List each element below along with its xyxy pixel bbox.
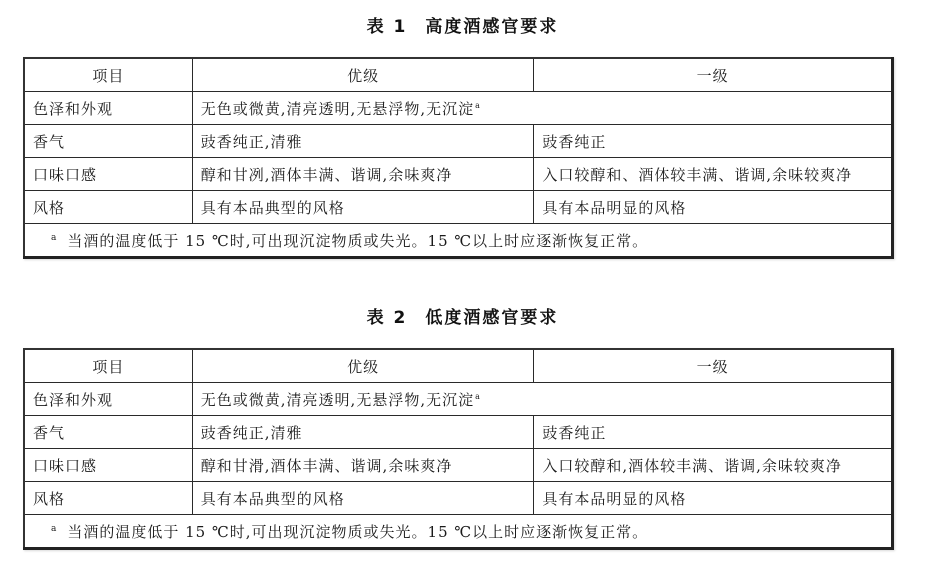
- cell-premium: 豉香纯正,清雅: [192, 125, 534, 158]
- cell-item: 风格: [24, 482, 192, 515]
- table-footnote-row: a当酒的温度低于 15 ℃时,可出现沉淀物质或失光。15 ℃以上时应逐渐恢复正常…: [24, 515, 893, 549]
- cell-premium: 豉香纯正,清雅: [192, 416, 534, 449]
- table-footnote-row: a当酒的温度低于 15 ℃时,可出现沉淀物质或失光。15 ℃以上时应逐渐恢复正常…: [24, 224, 893, 258]
- footnote-text: 当酒的温度低于 15 ℃时,可出现沉淀物质或失光。15 ℃以上时应逐渐恢复正常。: [67, 523, 648, 541]
- header-first-grade: 一级: [534, 58, 893, 92]
- cell-appearance-merged: 无色或微黄,清亮透明,无悬浮物,无沉淀a: [192, 92, 892, 125]
- footnote-text: 当酒的温度低于 15 ℃时,可出现沉淀物质或失光。15 ℃以上时应逐渐恢复正常。: [67, 232, 648, 250]
- cell-text: 无色或微黄,清亮透明,无悬浮物,无沉淀: [201, 391, 474, 409]
- table-row-style: 风格 具有本品典型的风格 具有本品明显的风格: [24, 482, 893, 515]
- table-2-title: 表 2低度酒感官要求: [0, 303, 925, 328]
- table-row-style: 风格 具有本品典型的风格 具有本品明显的风格: [24, 191, 893, 224]
- cell-premium: 具有本品典型的风格: [192, 482, 534, 515]
- cell-first: 豉香纯正: [534, 416, 893, 449]
- footnote-mark: a: [475, 392, 481, 401]
- table-2-title-text: 低度酒感官要求: [425, 308, 558, 328]
- cell-premium: 具有本品典型的风格: [192, 191, 534, 224]
- table-row-appearance: 色泽和外观 无色或微黄,清亮透明,无悬浮物,无沉淀a: [24, 92, 893, 125]
- table-1-title: 表 1高度酒感官要求: [0, 12, 925, 37]
- table-2-number: 表 2: [367, 308, 408, 328]
- table-header-row: 项目 优级 一级: [24, 349, 893, 383]
- table-2-low-alcohol-sensory: 项目 优级 一级 色泽和外观 无色或微黄,清亮透明,无悬浮物,无沉淀a 香气 豉…: [23, 348, 894, 550]
- footnote-cell: a当酒的温度低于 15 ℃时,可出现沉淀物质或失光。15 ℃以上时应逐渐恢复正常…: [24, 515, 893, 549]
- table-header-row: 项目 优级 一级: [24, 58, 893, 92]
- footnote-cell: a当酒的温度低于 15 ℃时,可出现沉淀物质或失光。15 ℃以上时应逐渐恢复正常…: [24, 224, 893, 258]
- header-premium-grade: 优级: [192, 349, 534, 383]
- cell-item: 香气: [24, 416, 192, 449]
- footnote-mark: a: [475, 101, 481, 110]
- cell-item: 色泽和外观: [24, 383, 192, 416]
- table-row-aroma: 香气 豉香纯正,清雅 豉香纯正: [24, 125, 893, 158]
- table-1-high-alcohol-sensory: 项目 优级 一级 色泽和外观 无色或微黄,清亮透明,无悬浮物,无沉淀a 香气 豉…: [23, 57, 894, 259]
- footnote-mark: a: [51, 233, 57, 243]
- cell-item: 风格: [24, 191, 192, 224]
- cell-premium: 醇和甘冽,酒体丰满、谐调,余味爽净: [192, 158, 534, 191]
- table-row-taste: 口味口感 醇和甘滑,酒体丰满、谐调,余味爽净 入口较醇和,酒体较丰满、谐调,余味…: [24, 449, 893, 482]
- table-1-number: 表 1: [367, 17, 408, 37]
- cell-first: 具有本品明显的风格: [534, 482, 893, 515]
- footnote-mark: a: [51, 524, 57, 534]
- cell-first: 具有本品明显的风格: [534, 191, 893, 224]
- cell-item: 口味口感: [24, 158, 192, 191]
- header-first-grade: 一级: [534, 349, 893, 383]
- cell-first: 入口较醇和,酒体较丰满、谐调,余味较爽净: [534, 449, 893, 482]
- cell-first: 豉香纯正: [534, 125, 893, 158]
- header-item: 项目: [24, 58, 192, 92]
- cell-first: 入口较醇和、酒体较丰满、谐调,余味较爽净: [534, 158, 893, 191]
- cell-item: 口味口感: [24, 449, 192, 482]
- cell-item: 香气: [24, 125, 192, 158]
- header-premium-grade: 优级: [192, 58, 534, 92]
- header-item: 项目: [24, 349, 192, 383]
- cell-item: 色泽和外观: [24, 92, 192, 125]
- table-row-taste: 口味口感 醇和甘冽,酒体丰满、谐调,余味爽净 入口较醇和、酒体较丰满、谐调,余味…: [24, 158, 893, 191]
- cell-appearance-merged: 无色或微黄,清亮透明,无悬浮物,无沉淀a: [192, 383, 892, 416]
- cell-text: 无色或微黄,清亮透明,无悬浮物,无沉淀: [201, 100, 474, 118]
- cell-premium: 醇和甘滑,酒体丰满、谐调,余味爽净: [192, 449, 534, 482]
- table-row-aroma: 香气 豉香纯正,清雅 豉香纯正: [24, 416, 893, 449]
- table-row-appearance: 色泽和外观 无色或微黄,清亮透明,无悬浮物,无沉淀a: [24, 383, 893, 416]
- table-1-title-text: 高度酒感官要求: [425, 17, 558, 37]
